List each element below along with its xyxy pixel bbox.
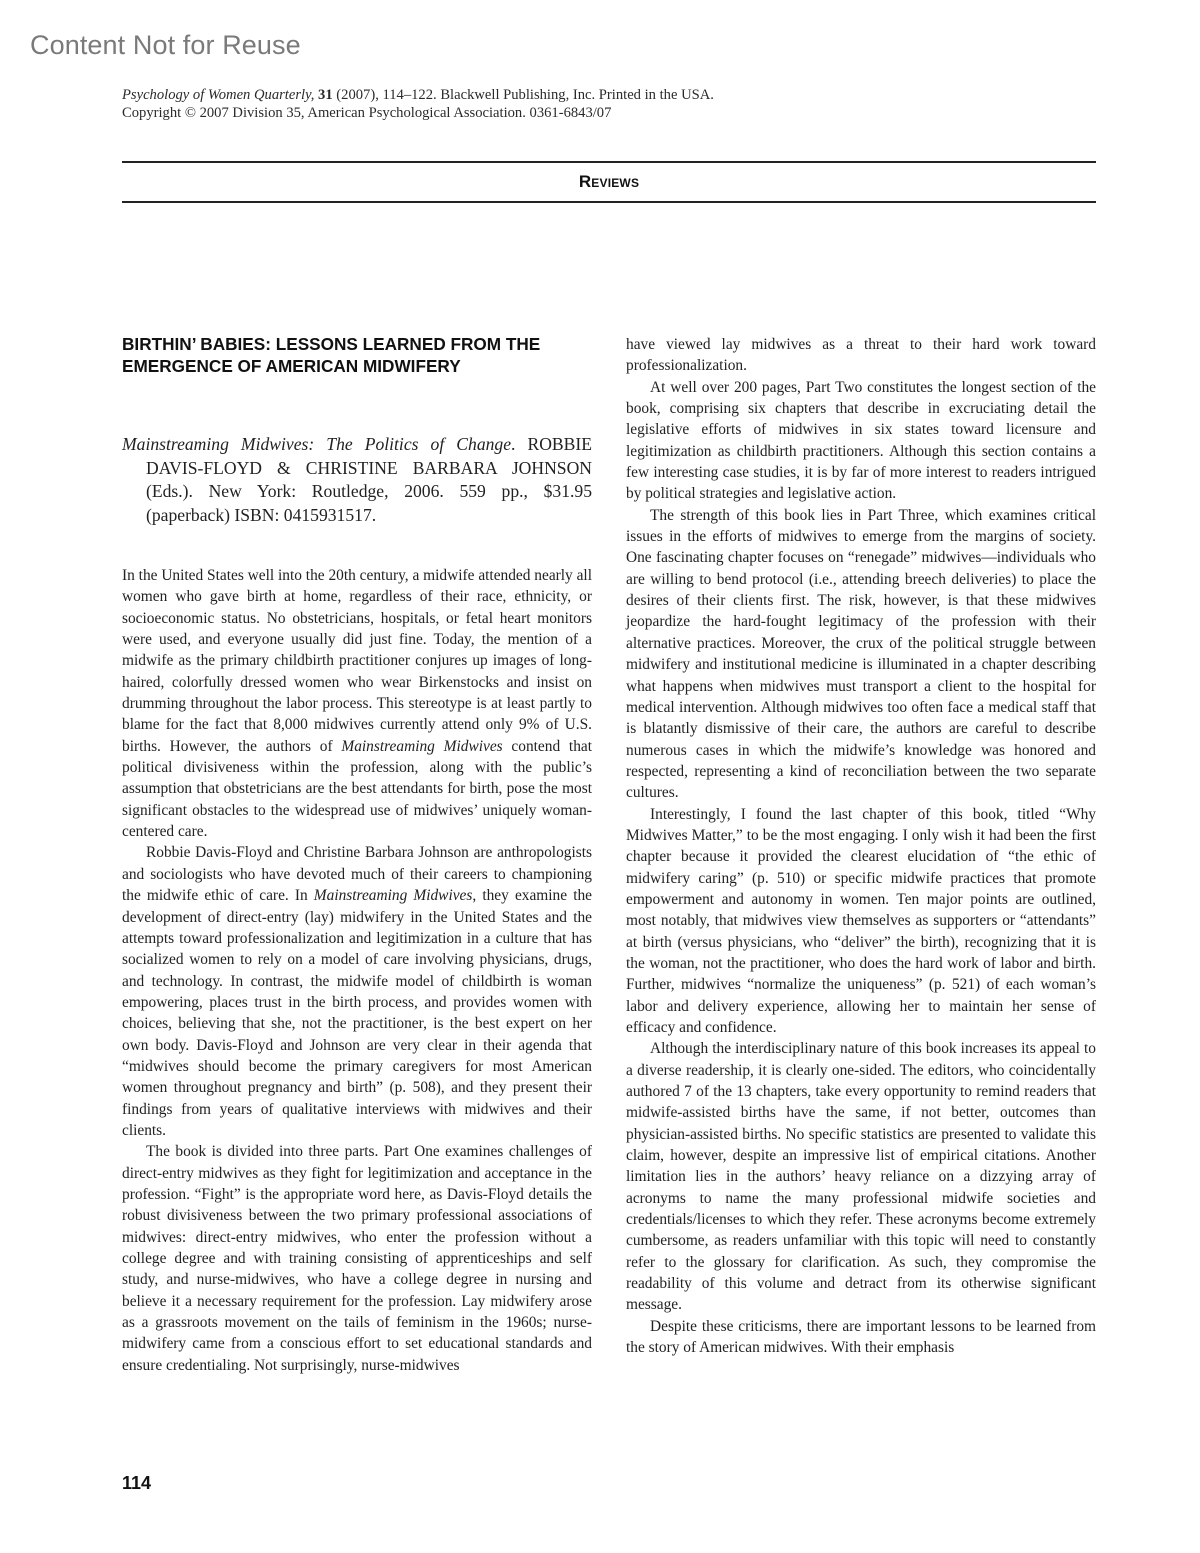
paragraph: The strength of this book lies in Part T… (626, 505, 1096, 804)
paragraph: Although the interdisciplinary nature of… (626, 1038, 1096, 1315)
journal-citation-rest: (2007), 114–122. Blackwell Publishing, I… (333, 87, 714, 103)
book-citation: Mainstreaming Midwives: The Politics of … (122, 433, 592, 527)
paragraph-text: , they examine the development of direct… (122, 887, 592, 1139)
book-title: Mainstreaming Midwives (122, 434, 308, 454)
book-subtitle: : The Politics of Change (308, 434, 511, 454)
paragraph: In the United States well into the 20th … (122, 565, 592, 842)
left-column: BIRTHIN’ BABIES: LESSONS LEARNED FROM TH… (122, 333, 592, 1376)
copyright-line: Copyright © 2007 Division 35, American P… (122, 104, 714, 122)
paragraph: The book is divided into three parts. Pa… (122, 1141, 592, 1376)
header-rule-top (122, 161, 1096, 163)
paragraph: Despite these criticisms, there are impo… (626, 1316, 1096, 1359)
paragraph: have viewed lay midwives as a threat to … (626, 334, 1096, 377)
journal-header: Psychology of Women Quarterly, 31 (2007)… (122, 86, 714, 122)
paragraph: Interestingly, I found the last chapter … (626, 804, 1096, 1039)
section-label: Reviews (122, 172, 1096, 192)
header-rule-bottom (122, 201, 1096, 203)
paragraph: At well over 200 pages, Part Two constit… (626, 377, 1096, 505)
journal-volume: 31 (318, 87, 333, 103)
watermark: Content Not for Reuse (30, 30, 301, 61)
review-title: BIRTHIN’ BABIES: LESSONS LEARNED FROM TH… (122, 333, 592, 377)
right-column: have viewed lay midwives as a threat to … (626, 334, 1096, 1359)
paragraph-text: In the United States well into the 20th … (122, 567, 592, 755)
book-title-inline: Mainstream­ing Midwives (314, 887, 473, 904)
journal-citation-line: Psychology of Women Quarterly, 31 (2007)… (122, 86, 714, 104)
paragraph: Robbie Davis-Floyd and Christine Barbara… (122, 842, 592, 1141)
book-title-inline: Mainstreaming Midwives (341, 738, 502, 755)
review-body-left: In the United States well into the 20th … (122, 565, 592, 1376)
journal-name: Psychology of Women Quarterly, (122, 87, 314, 103)
page-number: 114 (122, 1473, 151, 1494)
